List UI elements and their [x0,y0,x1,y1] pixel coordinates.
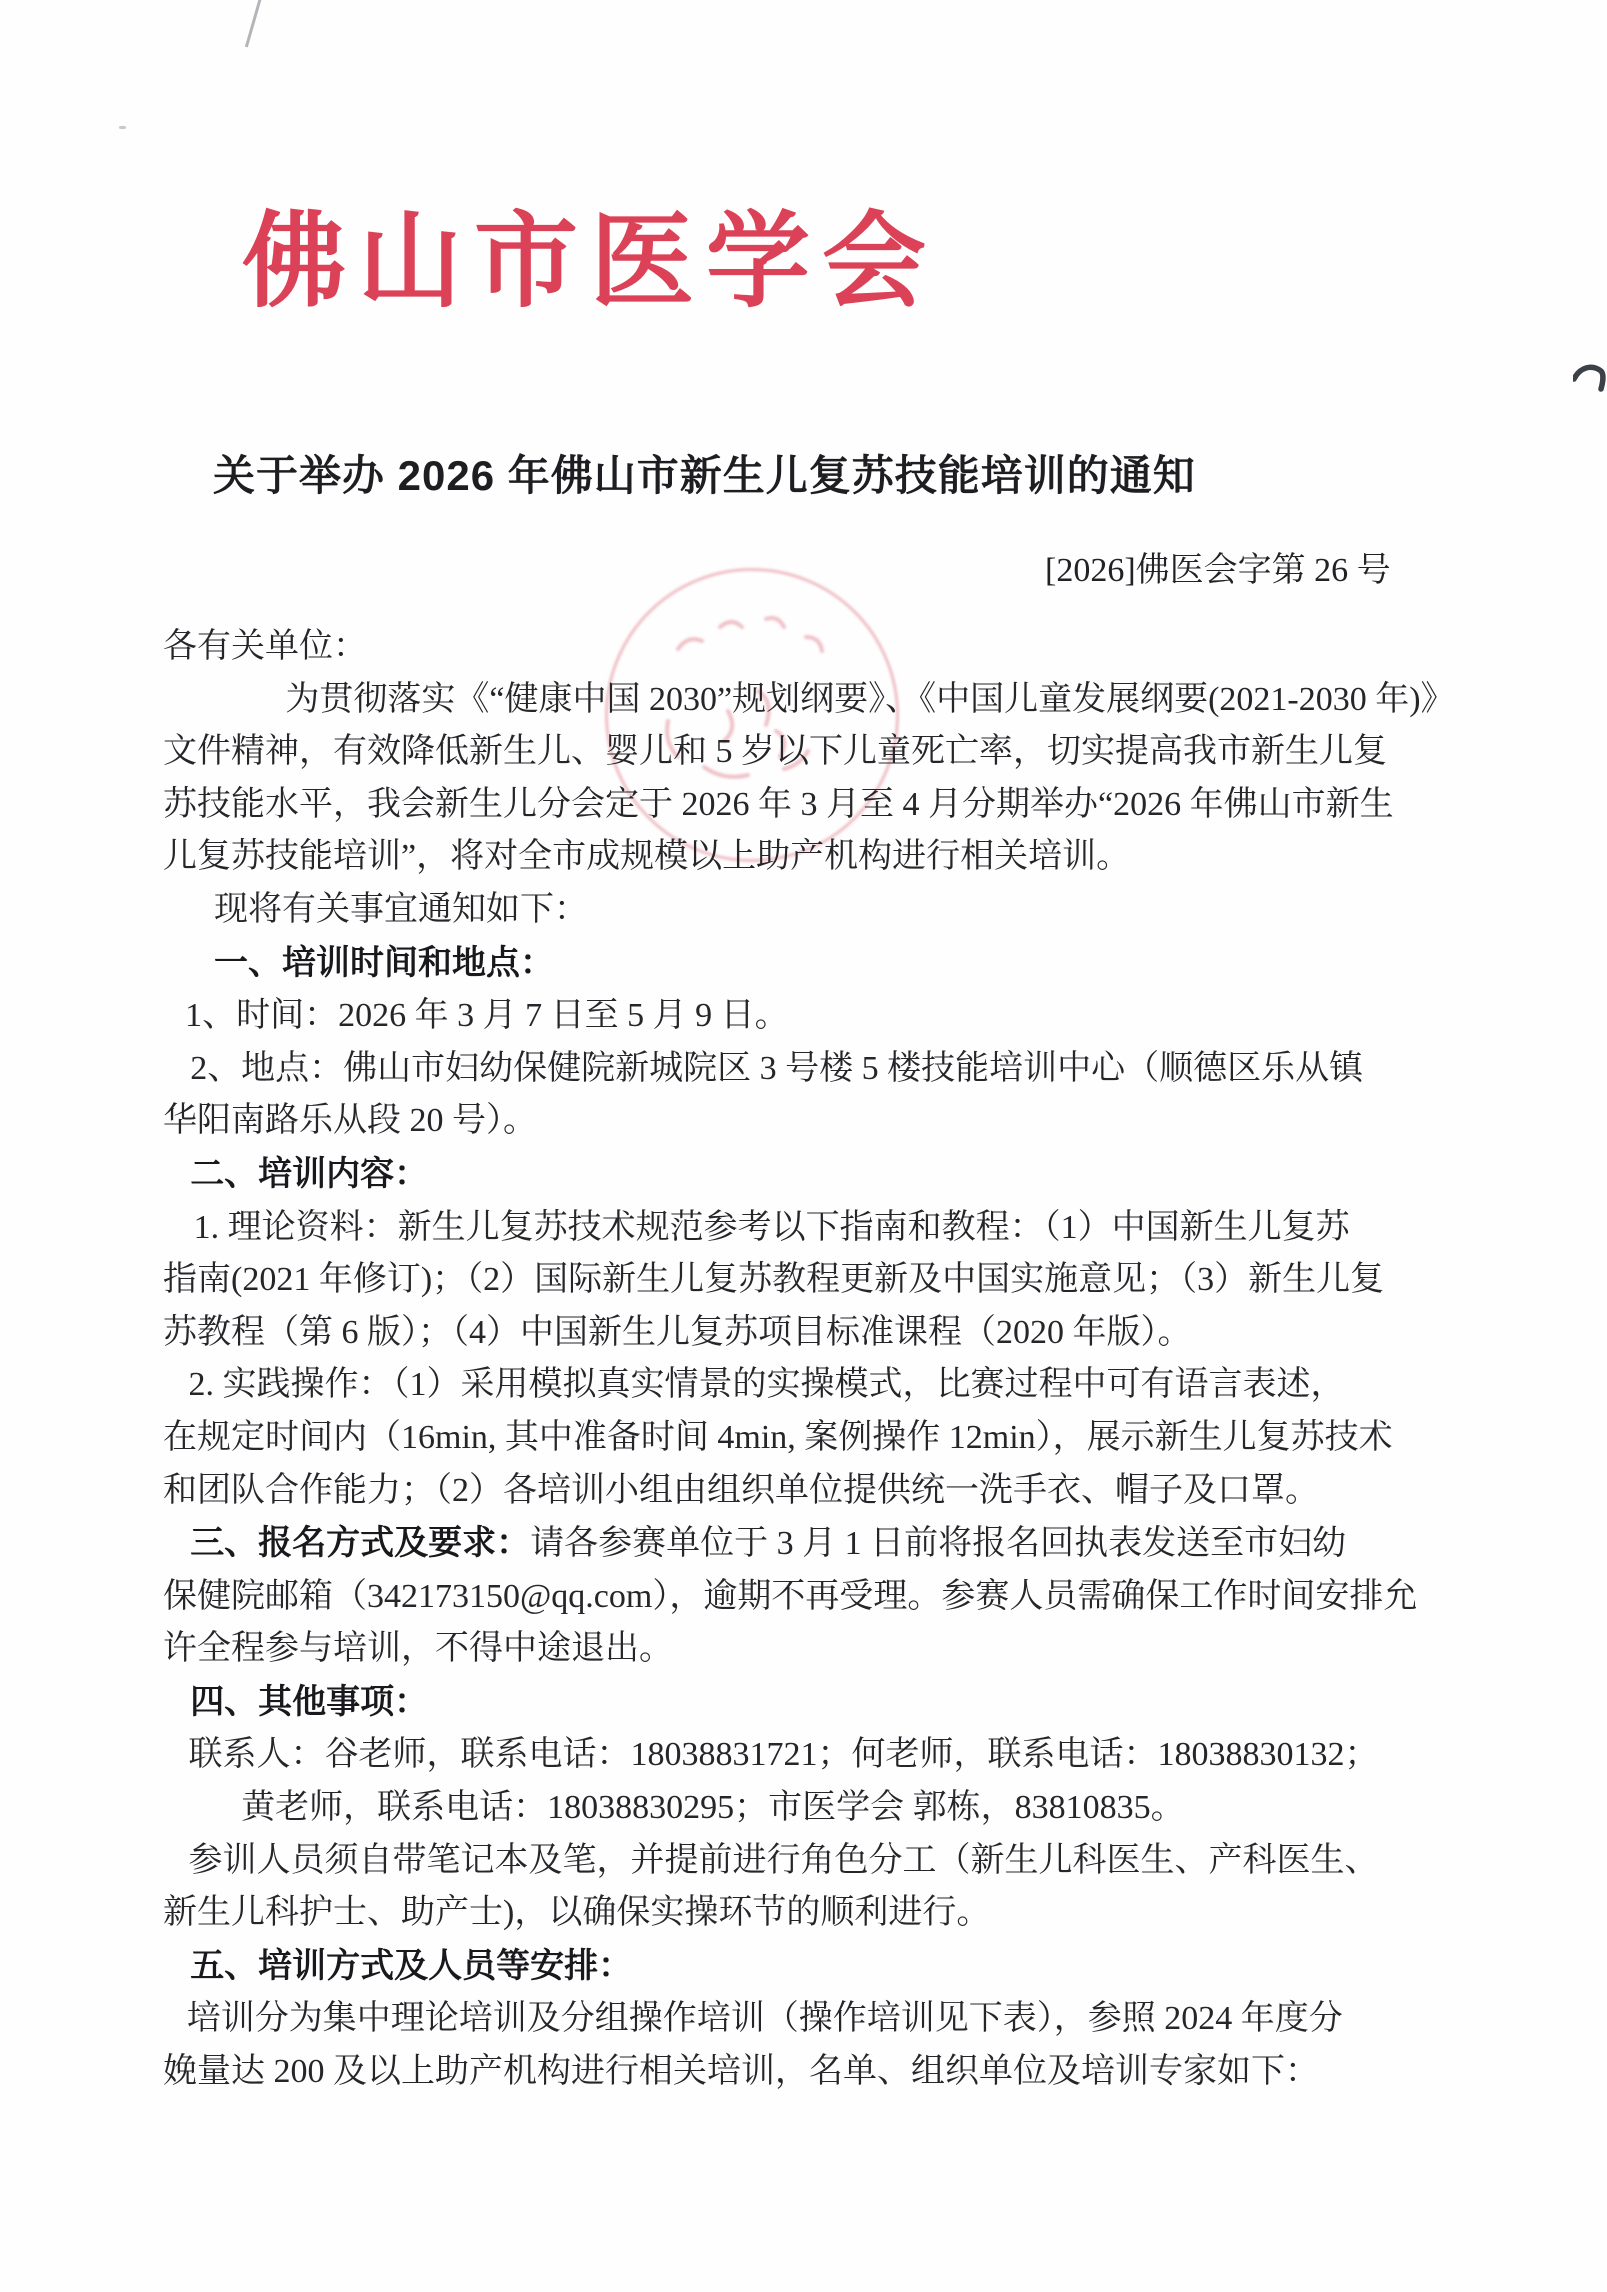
body-line: 现将有关事宜通知如下： [163,884,1483,937]
body-line: 为贯彻落实《“健康中国 2030”规划纲要》、《中国儿童发展纲要(2021-20… [163,674,1483,727]
body-line: 各有关单位： [163,621,1483,674]
doc-number: [2026]佛医会字第 26 号 [1045,551,1391,592]
body-line: 1、时间：2026 年 3 月 7 日至 5 月 9 日。 [163,990,1483,1043]
body-line-text: 1、时间：2026 年 3 月 7 日至 5 月 9 日。 [185,997,789,1034]
body-line-text: 参训人员须自带笔记本及笔，并提前进行角色分工（新生儿科医生、产科医生、 [189,1842,1379,1879]
body-line: 1. 理论资料：新生儿复苏技术规范参考以下指南和教程：（1）中国新生儿复苏 [163,1202,1483,1255]
body-line: 新生儿科护士、助产士)，以确保实操环节的顺利进行。 [163,1887,1483,1940]
scanned-notice-page: { "page": { "org_header": "佛山市医学会", "tit… [0,0,1607,2292]
body-line: 华阳南路乐从段 20 号）。 [163,1095,1483,1148]
body-line: 2. 实践操作：（1）采用模拟真实情景的实操模式，比赛过程中可有语言表述， [163,1359,1483,1412]
section-heading: 一、培训时间和地点： [214,944,554,982]
body-line-text: 和团队合作能力；（2）各培训小组由组织单位提供统一洗手衣、帽子及口罩。 [163,1472,1319,1509]
body-line-text: 新生儿科护士、助产士)，以确保实操环节的顺利进行。 [163,1894,990,1931]
body-line-text: 苏教程（第 6 版）；（4）中国新生儿复苏项目标准课程（2020 年版）。 [163,1314,1192,1351]
section-heading: 四、其他事项： [190,1683,428,1721]
body-line: 黄老师，联系电话：18038830295；市医学会 郭栋，83810835。 [163,1782,1483,1835]
body-line: 文件精神，有效降低新生儿、婴儿和 5 岁以下儿童死亡率，切实提高我市新生儿复 [163,726,1483,779]
body-line: 许全程参与培训，不得中途退出。 [163,1623,1483,1676]
body-line-text: 在规定时间内（16min, 其中准备时间 4min, 案例操作 12min），展… [163,1419,1393,1456]
section-heading: 三、报名方式及要求： [190,1524,530,1562]
scan-artifact-speck [119,126,126,129]
section-heading: 五、培训方式及人员等安排： [190,1947,632,1985]
body-line-text: 联系人：谷老师，联系电话：18038831721；何老师，联系电话：180388… [189,1736,1379,1773]
body-line: 苏技能水平，我会新生儿分会定于 2026 年 3 月至 4 月分期举办“2026… [163,779,1483,832]
body-line: 五、培训方式及人员等安排： [163,1940,1483,1994]
body-line-text: 儿复苏技能培训”，将对全市成规模以上助产机构进行相关培训。 [163,838,1130,875]
body-line: 培训分为集中理论培训及分组操作培训（操作培训见下表），参照 2024 年度分 [163,1993,1483,2046]
body-line: 一、培训时间和地点： [163,937,1483,991]
body-line: 儿复苏技能培训”，将对全市成规模以上助产机构进行相关培训。 [163,831,1483,884]
body-line-text: 为贯彻落实《“健康中国 2030”规划纲要》、《中国儿童发展纲要(2021-20… [285,681,1454,718]
scan-artifact-hook [1573,360,1607,394]
body-line-text: 2. 实践操作：（1）采用模拟真实情景的实操模式，比赛过程中可有语言表述， [189,1366,1345,1403]
body-line-text: 现将有关事宜通知如下： [214,891,588,928]
body-line: 参训人员须自带笔记本及笔，并提前进行角色分工（新生儿科医生、产科医生、 [163,1835,1483,1888]
notice-body: 各有关单位：为贯彻落实《“健康中国 2030”规划纲要》、《中国儿童发展纲要(2… [163,621,1483,2099]
body-line: 苏教程（第 6 版）；（4）中国新生儿复苏项目标准课程（2020 年版）。 [163,1307,1483,1360]
body-line-text: 苏技能水平，我会新生儿分会定于 2026 年 3 月至 4 月分期举办“2026… [163,786,1394,823]
body-line-text: 2、地点：佛山市妇幼保健院新城院区 3 号楼 5 楼技能培训中心（顺德区乐从镇 [190,1050,1363,1087]
body-line: 二、培训内容： [163,1148,1483,1202]
body-line-text: 娩量达 200 及以上助产机构进行相关培训，名单、组织单位及培训专家如下： [163,2053,1319,2090]
body-line-text: 请各参赛单位于 3 月 1 日前将报名回执表发送至市妇幼 [530,1525,1346,1562]
body-line-text: 各有关单位： [163,628,367,665]
body-line-text: 黄老师，联系电话：18038830295；市医学会 郭栋，83810835。 [241,1789,1185,1826]
body-line: 四、其他事项： [163,1676,1483,1730]
body-line-text: 华阳南路乐从段 20 号）。 [163,1102,537,1139]
org-letterhead-title: 佛山市医学会 [242,208,938,317]
body-line-text: 培训分为集中理论培训及分组操作培训（操作培训见下表），参照 2024 年度分 [187,2000,1343,2037]
section-heading: 二、培训内容： [190,1155,428,1193]
body-line: 保健院邮箱（342173150@qq.com），逾期不再受理。参赛人员需确保工作… [163,1571,1483,1624]
body-line-text: 保健院邮箱（342173150@qq.com），逾期不再受理。参赛人员需确保工作… [163,1578,1417,1615]
notice-title: 关于举办 2026 年佛山市新生儿复苏技能培训的通知 [213,449,1196,504]
scan-artifact-slash [245,0,262,47]
body-line: 2、地点：佛山市妇幼保健院新城院区 3 号楼 5 楼技能培训中心（顺德区乐从镇 [163,1043,1483,1096]
body-line-text: 指南(2021 年修订)；（2）国际新生儿复苏教程更新及中国实施意见；（3）新生… [163,1261,1384,1298]
body-line: 联系人：谷老师，联系电话：18038831721；何老师，联系电话：180388… [163,1729,1483,1782]
body-line-text: 许全程参与培训，不得中途退出。 [163,1630,673,1667]
body-lines: 各有关单位：为贯彻落实《“健康中国 2030”规划纲要》、《中国儿童发展纲要(2… [163,621,1483,2099]
body-line: 三、报名方式及要求：请各参赛单位于 3 月 1 日前将报名回执表发送至市妇幼 [163,1517,1483,1571]
body-line: 娩量达 200 及以上助产机构进行相关培训，名单、组织单位及培训专家如下： [163,2046,1483,2099]
body-line-text: 文件精神，有效降低新生儿、婴儿和 5 岁以下儿童死亡率，切实提高我市新生儿复 [163,733,1387,770]
body-line-text: 1. 理论资料：新生儿复苏技术规范参考以下指南和教程：（1）中国新生儿复苏 [194,1209,1350,1246]
body-line: 和团队合作能力；（2）各培训小组由组织单位提供统一洗手衣、帽子及口罩。 [163,1465,1483,1518]
body-line: 在规定时间内（16min, 其中准备时间 4min, 案例操作 12min），展… [163,1412,1483,1465]
body-line: 指南(2021 年修订)；（2）国际新生儿复苏教程更新及中国实施意见；（3）新生… [163,1254,1483,1307]
